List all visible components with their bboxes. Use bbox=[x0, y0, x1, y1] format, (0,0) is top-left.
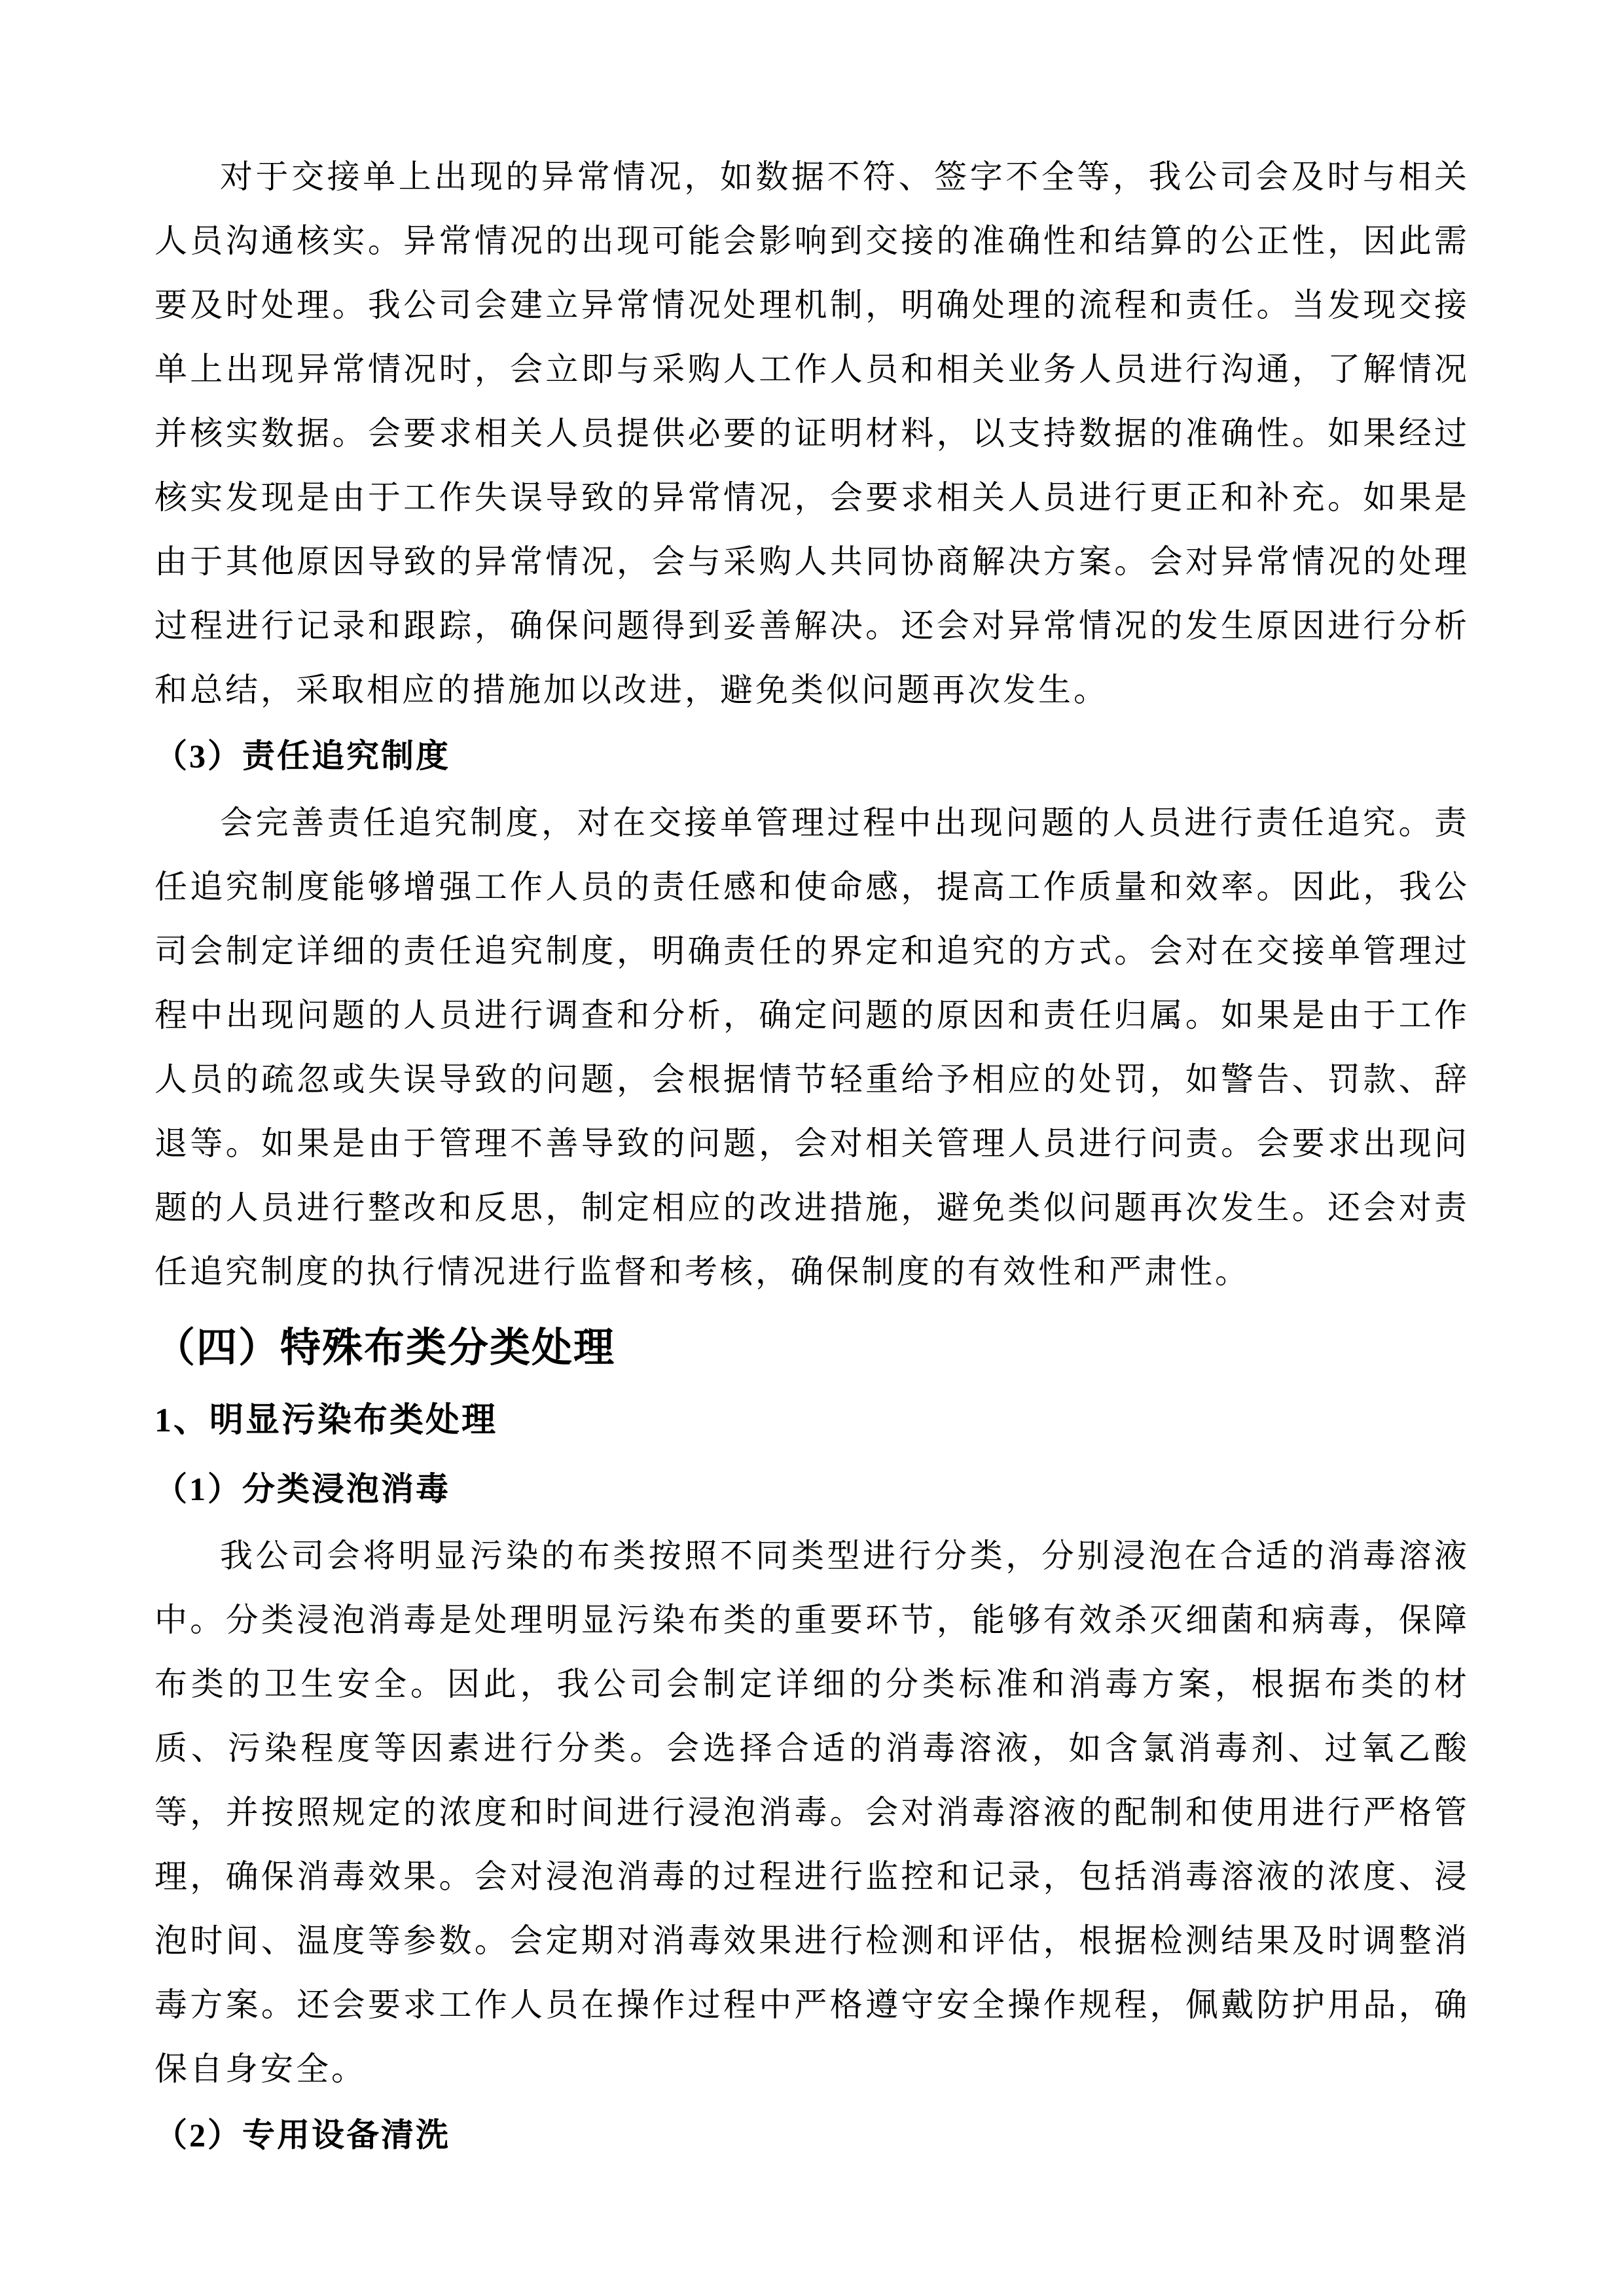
body-paragraph-soaking-disinfection: 我公司会将明显污染的布类按照不同类型进行分类，分别浸泡在合适的消毒溶液中。分类浸… bbox=[154, 1524, 1470, 2101]
section-heading-classified-soaking-disinfection: （1）分类浸泡消毒 bbox=[154, 1455, 1470, 1524]
section-heading-responsibility-system: （3）责任追究制度 bbox=[154, 722, 1470, 791]
section-heading-obvious-contaminated-fabric: 1、明显污染布类处理 bbox=[154, 1386, 1470, 1455]
document-page: 对于交接单上出现的异常情况，如数据不符、签字不全等，我公司会及时与相关人员沟通核… bbox=[0, 0, 1624, 2296]
body-paragraph-responsibility-system: 会完善责任追究制度，对在交接单管理过程中出现问题的人员进行责任追究。责任追究制度… bbox=[154, 791, 1470, 1304]
section-heading-dedicated-equipment-cleaning: （2）专用设备清洗 bbox=[154, 2101, 1470, 2170]
section-heading-special-fabric-classification: （四）特殊布类分类处理 bbox=[154, 1310, 1470, 1386]
body-paragraph-exception-handling: 对于交接单上出现的异常情况，如数据不符、签字不全等，我公司会及时与相关人员沟通核… bbox=[154, 145, 1470, 722]
